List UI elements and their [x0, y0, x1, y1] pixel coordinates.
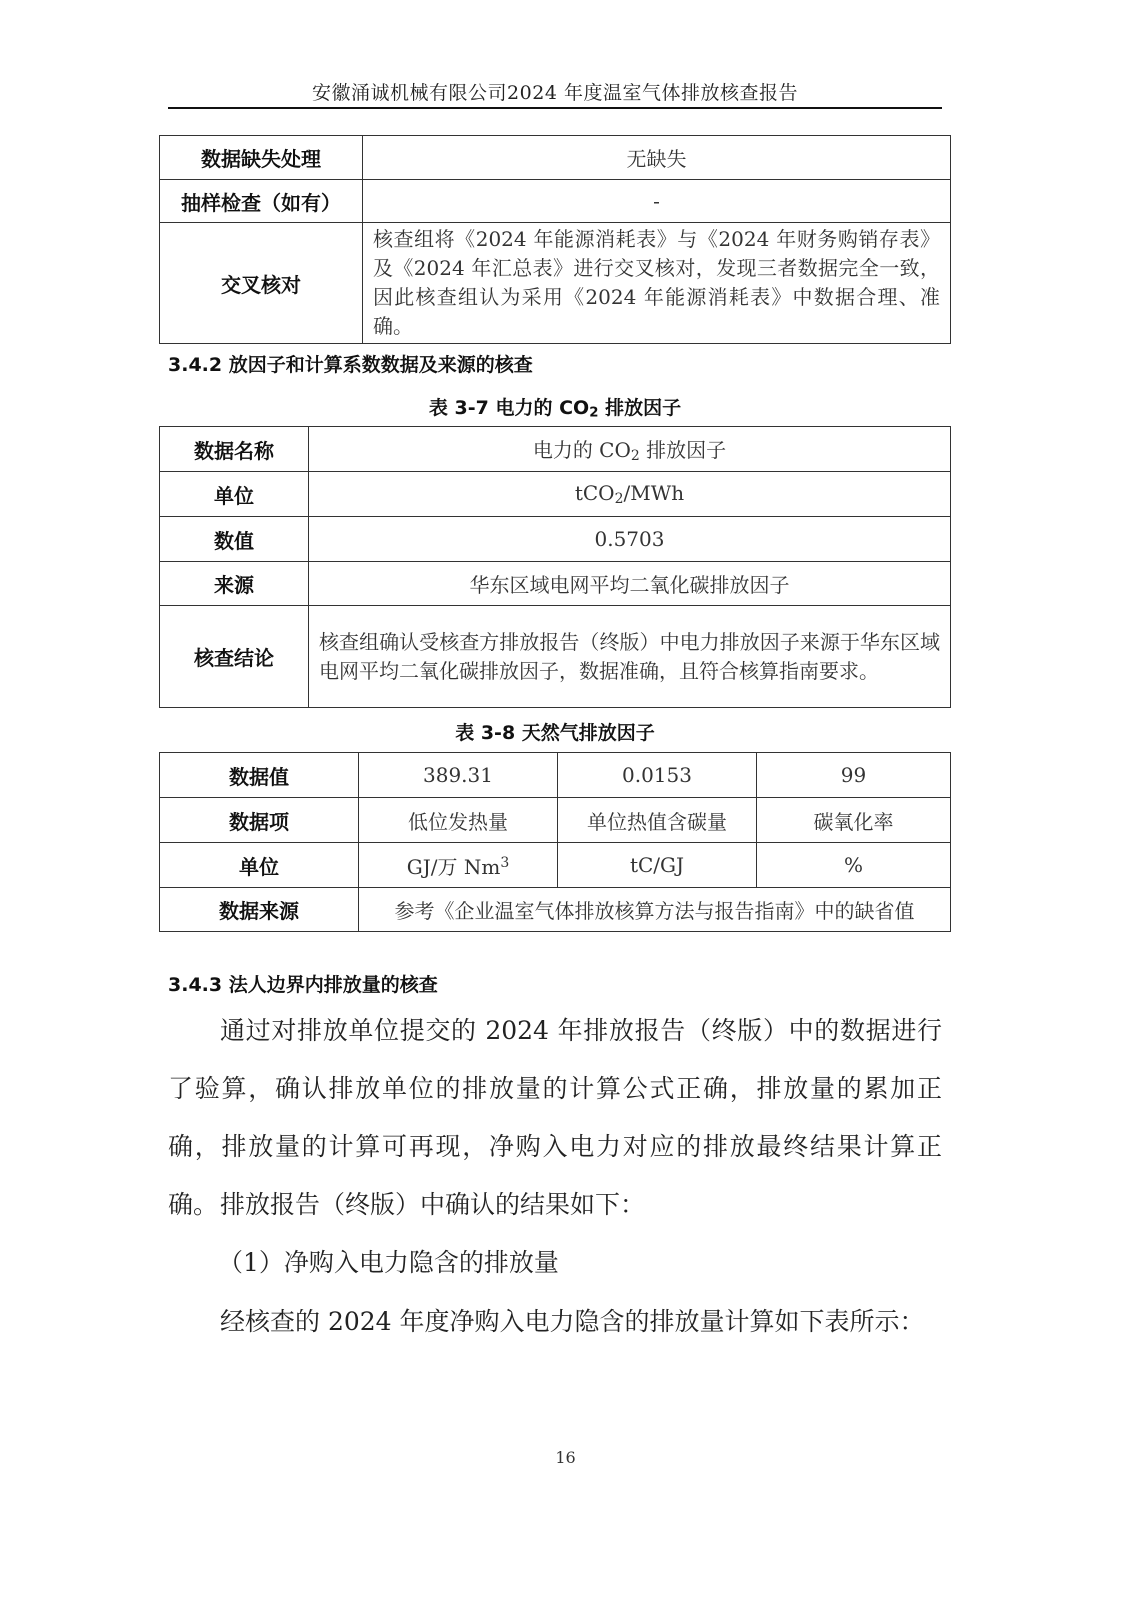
row-label: 单位 — [160, 843, 359, 888]
page-number: 16 — [0, 1448, 1131, 1467]
row-value: - — [363, 180, 951, 223]
section-heading-3-4-2: 3.4.2 放因子和计算系数数据及来源的核查 — [168, 350, 533, 377]
cell-value: 389.31 — [359, 753, 558, 798]
cell-value: tC/GJ — [558, 843, 757, 888]
cell-value: % — [757, 843, 951, 888]
value-text: tCO — [575, 481, 615, 505]
table-row: 数据来源 参考《企业温室气体排放核算方法与报告指南》中的缺省值 — [160, 888, 951, 932]
cell-value: 0.0153 — [558, 753, 757, 798]
row-value: 核查组确认受核查方排放报告（终版）中电力排放因子来源于华东区域电网平均二氧化碳排… — [309, 606, 951, 708]
section-heading-3-4-3: 3.4.3 法人边界内排放量的核查 — [168, 970, 438, 997]
row-label: 核查结论 — [160, 606, 309, 708]
table-row: 数据缺失处理 无缺失 — [160, 136, 951, 180]
table-row: 数值 0.5703 — [160, 517, 951, 562]
table-row: 数据项 低位发热量 单位热值含碳量 碳氧化率 — [160, 798, 951, 843]
table-row: 单位 GJ/万 Nm3 tC/GJ % — [160, 843, 951, 888]
row-value: 0.5703 — [309, 517, 951, 562]
body-paragraph: 排放报告（终版）中确认的结果如下： — [168, 1176, 942, 1234]
row-label: 单位 — [160, 472, 309, 517]
cell-value: 单位热值含碳量 — [558, 798, 757, 843]
row-value: 华东区域电网平均二氧化碳排放因子 — [309, 562, 951, 606]
table-row: 核查结论 核查组确认受核查方排放报告（终版）中电力排放因子来源于华东区域电网平均… — [160, 606, 951, 708]
row-label: 数据来源 — [160, 888, 359, 932]
table-row: 来源 华东区域电网平均二氧化碳排放因子 — [160, 562, 951, 606]
body-paragraph: 经核查的 2024 年度净购入电力隐含的排放量计算如下表所示： — [168, 1293, 942, 1351]
value-text: 电力的 CO — [533, 438, 631, 462]
row-value: 电力的 CO2 排放因子 — [309, 427, 951, 472]
page-header-title: 安徽涌诚机械有限公司2024 年度温室气体排放核查报告 — [168, 78, 942, 105]
row-value: 核查组将《2024 年能源消耗表》与《2024 年财务购销存表》及《2024 年… — [363, 223, 951, 344]
row-value: tCO2/MWh — [309, 472, 951, 517]
value-subscript: 2 — [631, 448, 640, 464]
cell-value: 低位发热量 — [359, 798, 558, 843]
row-label: 数据值 — [160, 753, 359, 798]
cell-value: 参考《企业温室气体排放核算方法与报告指南》中的缺省值 — [359, 888, 951, 932]
electricity-co2-factor-table: 数据名称 电力的 CO2 排放因子 单位 tCO2/MWh 数值 0.5703 … — [159, 426, 951, 708]
table-row: 抽样检查（如有） - — [160, 180, 951, 223]
cell-value: 99 — [757, 753, 951, 798]
unit-text: GJ/万 Nm — [407, 855, 501, 879]
table-row: 数据名称 电力的 CO2 排放因子 — [160, 427, 951, 472]
cell-value: 碳氧化率 — [757, 798, 951, 843]
value-subscript: 2 — [615, 491, 624, 507]
list-item-heading: （1）净购入电力隐含的排放量 — [218, 1234, 942, 1292]
table-caption-3-8: 表 3-8 天然气排放因子 — [159, 718, 951, 745]
table-row: 交叉核对 核查组将《2024 年能源消耗表》与《2024 年财务购销存表》及《2… — [160, 223, 951, 344]
table-caption-3-7: 表 3-7 电力的 CO2 排放因子 — [159, 393, 951, 421]
table-row: 数据值 389.31 0.0153 99 — [160, 753, 951, 798]
table-row: 单位 tCO2/MWh — [160, 472, 951, 517]
header-rule — [168, 107, 942, 109]
row-label: 数据名称 — [160, 427, 309, 472]
value-text: 排放因子 — [640, 438, 726, 462]
natural-gas-factor-table: 数据值 389.31 0.0153 99 数据项 低位发热量 单位热值含碳量 碳… — [159, 752, 951, 932]
row-label: 来源 — [160, 562, 309, 606]
row-label: 交叉核对 — [160, 223, 363, 344]
value-text: /MWh — [624, 481, 685, 505]
row-label: 数值 — [160, 517, 309, 562]
row-label: 抽样检查（如有） — [160, 180, 363, 223]
data-quality-table: 数据缺失处理 无缺失 抽样检查（如有） - 交叉核对 核查组将《2024 年能源… — [159, 135, 951, 344]
row-label: 数据缺失处理 — [160, 136, 363, 180]
unit-superscript: 3 — [500, 855, 509, 871]
row-value: 无缺失 — [363, 136, 951, 180]
row-label: 数据项 — [160, 798, 359, 843]
caption-text: 表 3-7 电力的 CO — [429, 397, 589, 419]
caption-text: 排放因子 — [598, 397, 681, 419]
cell-value: GJ/万 Nm3 — [359, 843, 558, 888]
